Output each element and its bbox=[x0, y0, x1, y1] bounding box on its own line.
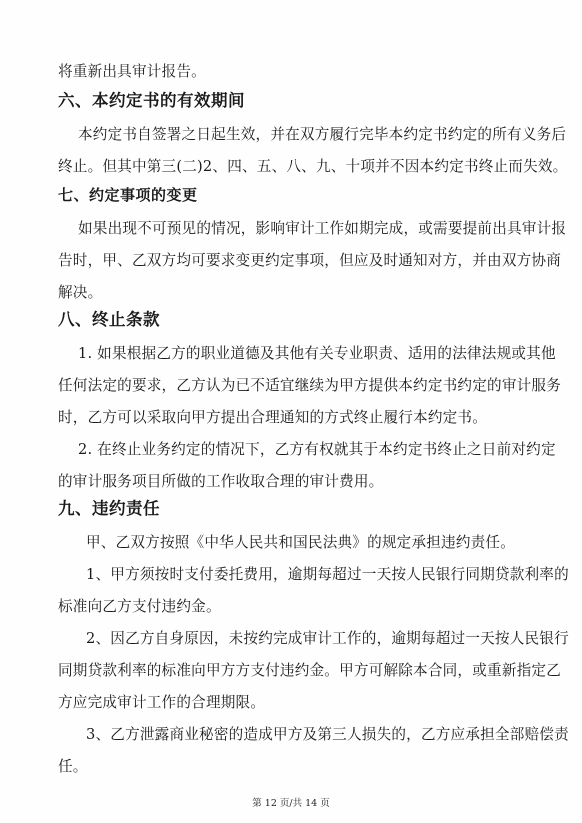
paragraph-line: 任。 bbox=[58, 758, 533, 776]
paragraph-line: 标准向乙方支付违约金。 bbox=[58, 598, 533, 616]
paragraph-line: 任何法定的要求，乙方认为已不适宜继续为甲方提供本约定书约定的审计服务 bbox=[58, 377, 533, 395]
paragraph-line: 将重新出具审计报告。 bbox=[58, 63, 533, 81]
page-number-footer: 第 12 页/共 14 页 bbox=[0, 795, 582, 809]
section-heading: 七、约定事项的变更 bbox=[58, 186, 533, 204]
paragraph-line: 终止。但其中第三(二)2、四、五、八、九、十项并不因本约定书终止而失效。 bbox=[58, 158, 533, 176]
paragraph-line: 1、甲方须按时支付委托费用，逾期每超过一天按人民银行同期贷款利率的 bbox=[86, 566, 561, 584]
paragraph-line: 2. 在终止业务约定的情况下，乙方有权就其于本约定书终止之日前对约定 bbox=[78, 441, 553, 459]
paragraph-line: 甲、乙双方按照《中华人民共和国民法典》的规定承担违约责任。 bbox=[86, 534, 561, 552]
paragraph-line: 告时，甲、乙双方均可要求变更约定事项，但应及时通知对方，并由双方协商 bbox=[58, 252, 533, 270]
paragraph-line: 方应完成审计工作的合理期限。 bbox=[58, 694, 533, 712]
section-heading: 九、违约责任 bbox=[58, 500, 533, 518]
paragraph-line: 时，乙方可以采取向甲方提出合理通知的方式终止履行本约定书。 bbox=[58, 409, 533, 427]
paragraph-line: 本约定书自签署之日起生效，并在双方履行完毕本约定书约定的所有义务后 bbox=[78, 126, 553, 144]
document-page: 将重新出具审计报告。六、本约定书的有效期间本约定书自签署之日起生效，并在双方履行… bbox=[0, 0, 582, 823]
paragraph-line: 3、乙方泄露商业秘密的造成甲方及第三人损失的，乙方应承担全部赔偿责 bbox=[86, 726, 561, 744]
paragraph-line: 如果出现不可预见的情况，影响审计工作如期完成，或需要提前出具审计报 bbox=[78, 220, 553, 238]
paragraph-line: 解决。 bbox=[58, 284, 533, 302]
paragraph-line: 2、因乙方自身原因，未按约完成审计工作的，逾期每超过一天按人民银行 bbox=[86, 630, 561, 648]
section-heading: 六、本约定书的有效期间 bbox=[58, 92, 533, 110]
paragraph-line: 同期贷款利率的标准向甲方方支付违约金。甲方可解除本合同，或重新指定乙 bbox=[58, 662, 533, 680]
section-heading: 八、终止条款 bbox=[58, 311, 533, 329]
paragraph-line: 1. 如果根据乙方的职业道德及其他有关专业职责、适用的法律法规或其他 bbox=[78, 345, 553, 363]
paragraph-line: 的审计服务项目所做的工作收取合理的审计费用。 bbox=[58, 473, 533, 491]
